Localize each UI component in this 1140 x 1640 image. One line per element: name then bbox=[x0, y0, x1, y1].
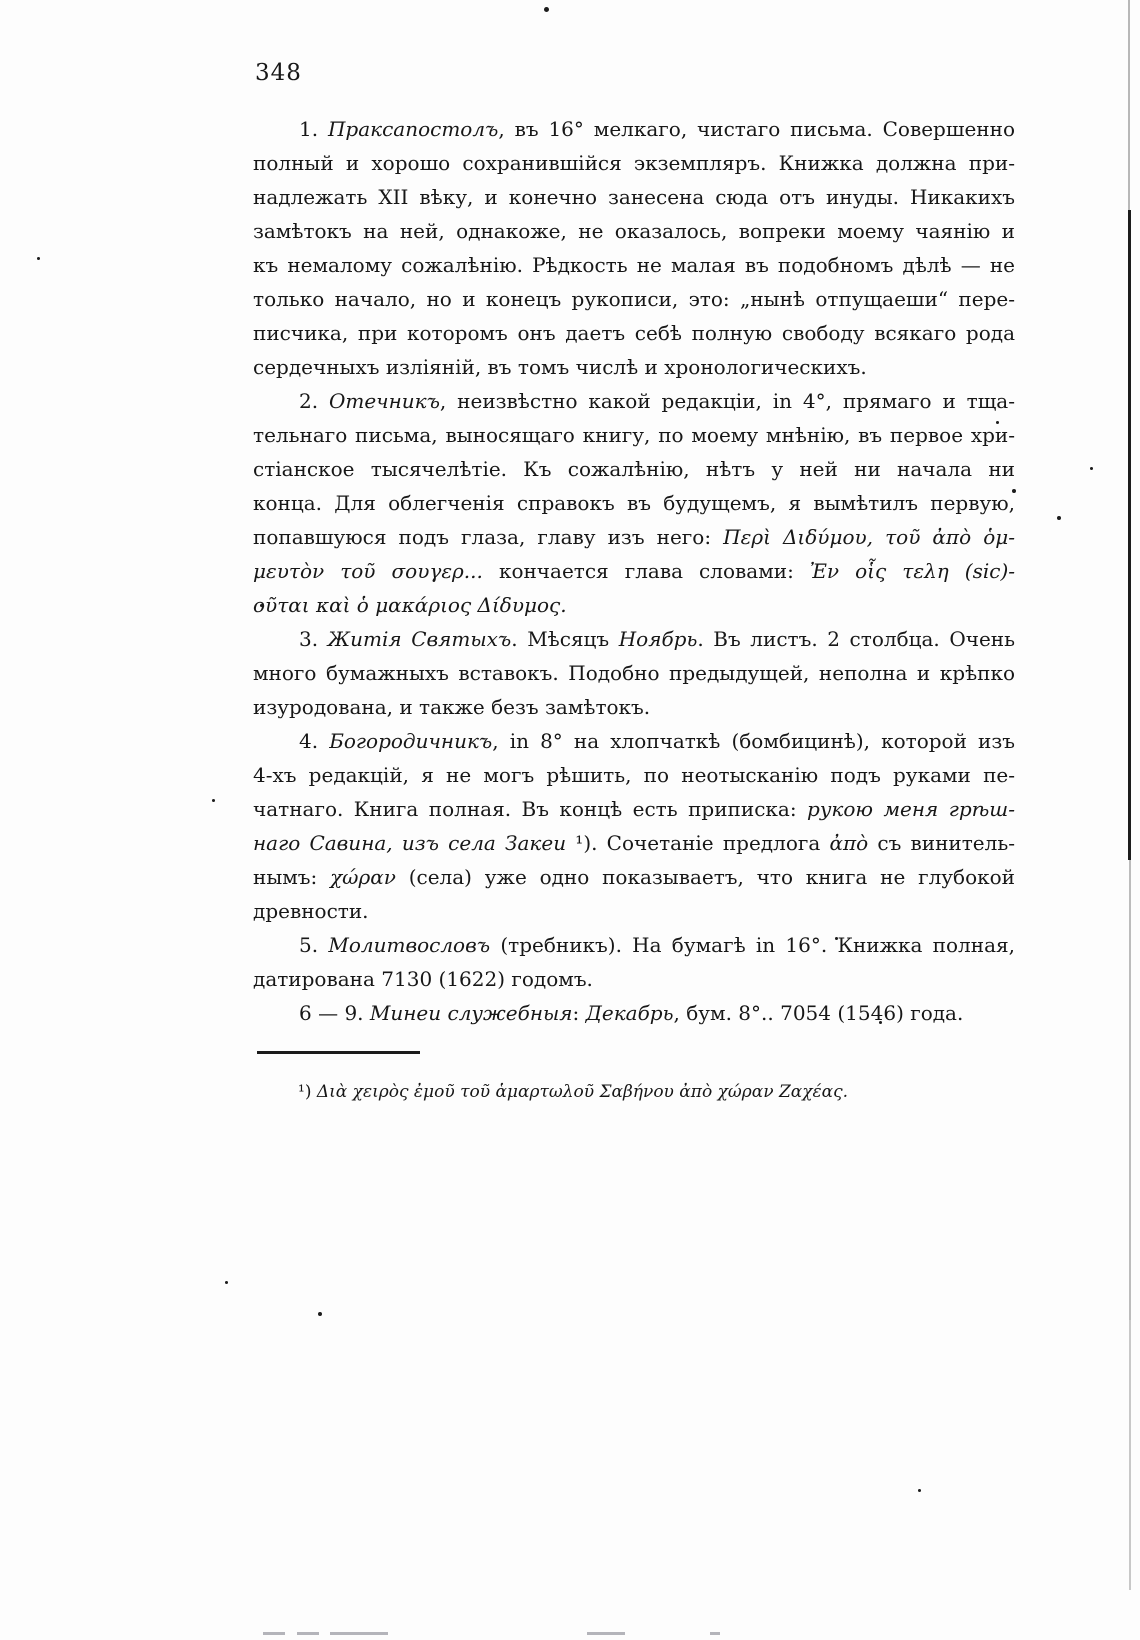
text-segment: 1. bbox=[299, 117, 328, 141]
italic-text: Богородичникъ bbox=[329, 729, 492, 753]
text-segment: тельнаго письма, выносящаго книгу, по мо… bbox=[253, 423, 1015, 447]
text-line: надлежать XII вѣку, и конечно занесена с… bbox=[253, 180, 1015, 214]
text-segment: . Въ листъ. 2 столбца. Очень bbox=[697, 627, 1015, 651]
text-segment: древности. bbox=[253, 899, 369, 923]
text-segment: стіанское тысячелѣтіе. Къ сожалѣнію, нѣт… bbox=[253, 457, 1015, 481]
text-segment: изуродована, и также безъ замѣтокъ. bbox=[253, 695, 650, 719]
text-line: только начало, но и конецъ рукописи, это… bbox=[253, 282, 1015, 316]
scan-speck bbox=[212, 799, 215, 802]
text-segment: къ немалому сожалѣнію. Рѣдкость не малая… bbox=[253, 253, 1015, 277]
scan-speck bbox=[225, 1281, 228, 1284]
page-edge-line bbox=[1129, 860, 1131, 1320]
italic-text: Декабрь bbox=[586, 1001, 674, 1025]
text-line: нымъ: χώραν (села) уже одно показываетъ,… bbox=[253, 860, 1015, 894]
text-segment: писчика, при которомъ онъ даетъ себѣ пол… bbox=[253, 321, 1015, 345]
text-segment: попавшуюся подъ глаза, главу изъ него: bbox=[253, 525, 723, 549]
italic-text: Отечникъ bbox=[329, 389, 440, 413]
paragraph: 6 — 9. Минеи служебныя: Декабрь, бум. 8°… bbox=[253, 996, 1015, 1030]
italic-text: Молитвословъ bbox=[328, 933, 490, 957]
text-line: древности. bbox=[253, 894, 1015, 928]
italic-text: Праксапостолъ bbox=[328, 117, 498, 141]
text-segment: 3. bbox=[299, 627, 328, 651]
greek-text: Ἐν οἷς τελη (sic)- bbox=[810, 559, 1015, 583]
text-line: 4. Богородичникъ, in 8° на хлопчаткѣ (бо… bbox=[253, 724, 1015, 758]
scan-speck bbox=[996, 421, 999, 424]
scan-speck bbox=[918, 1489, 921, 1492]
text-segment: 5. bbox=[299, 933, 328, 957]
text-segment: датирована 7130 (1622) годомъ. bbox=[253, 967, 593, 991]
paragraph: 5. Молитвословъ (требникъ). На бумагѣ in… bbox=[253, 928, 1015, 996]
text-line: 6 — 9. Минеи служебныя: Декабрь, бум. 8°… bbox=[253, 996, 1015, 1030]
scan-speck bbox=[544, 7, 549, 12]
page-edge-line bbox=[1128, 0, 1130, 210]
italic-text: Житія Святыхъ bbox=[328, 627, 512, 651]
page-edge-line bbox=[1129, 1320, 1131, 1590]
text-line: тельнаго письма, выносящаго книгу, по мо… bbox=[253, 418, 1015, 452]
paragraph: 2. Отечникъ, неизвѣстно какой редакціи, … bbox=[253, 384, 1015, 622]
text-segment: 6 — 9. bbox=[299, 1001, 370, 1025]
text-segment: замѣтокъ на ней, однакоже, не оказалось,… bbox=[253, 219, 1015, 243]
italic-text: Минеи служебныя bbox=[370, 1001, 573, 1025]
bleed-mark bbox=[330, 1632, 388, 1635]
bleed-mark bbox=[587, 1632, 625, 1635]
text-line: попавшуюся подъ глаза, главу изъ него: Π… bbox=[253, 520, 1015, 554]
text-line: 5. Молитвословъ (требникъ). На бумагѣ in… bbox=[253, 928, 1015, 962]
text-segment: съ винитель- bbox=[868, 831, 1015, 855]
text-segment: чатнаго. Книга полная. Въ концѣ есть при… bbox=[253, 797, 807, 821]
text-line: μευτὸν τοῦ σουγερ... кончается глава сло… bbox=[253, 554, 1015, 588]
bleed-mark bbox=[710, 1632, 720, 1635]
footnote-rule bbox=[257, 1051, 420, 1054]
paragraph: 1. Праксапостолъ, въ 16° мелкаго, чистаг… bbox=[253, 112, 1015, 384]
italic-text: рукою меня грѣш- bbox=[807, 797, 1015, 821]
page-edge-line bbox=[1128, 210, 1131, 860]
text-line: изуродована, и также безъ замѣтокъ. bbox=[253, 690, 1015, 724]
text-line: къ немалому сожалѣнію. Рѣдкость не малая… bbox=[253, 248, 1015, 282]
bleed-mark bbox=[297, 1632, 319, 1635]
text-segment: много бумажныхъ вставокъ. Подобно предыд… bbox=[253, 661, 1015, 685]
text-segment: , in 8° на хлопчаткѣ (бомбицинѣ), которо… bbox=[492, 729, 1015, 753]
text-segment: (села) уже одно показываетъ, что книга н… bbox=[396, 865, 1015, 889]
text-line: сердечныхъ изліяній, въ томъ числѣ и хро… bbox=[253, 350, 1015, 384]
footnote: ¹) Διὰ χειρὸς ἐμοῦ τοῦ ἁμαρτωλοῦ Σαβήνου… bbox=[298, 1080, 958, 1104]
greek-text: οῦται καὶ ὁ μακάριος Δίδυμος. bbox=[253, 593, 567, 617]
italic-text: Ноябрь bbox=[619, 627, 698, 651]
text-segment: , бум. 8°.. 7054 (1546) года. bbox=[674, 1001, 964, 1025]
text-line: конца. Для облегченія справокъ въ будуще… bbox=[253, 486, 1015, 520]
text-segment: кончается глава словами: bbox=[499, 559, 810, 583]
text-line: полный и хорошо сохранившійся экземпляръ… bbox=[253, 146, 1015, 180]
text-segment: полный и хорошо сохранившійся экземпляръ… bbox=[253, 151, 1015, 175]
text-segment: 2. bbox=[299, 389, 329, 413]
scan-speck bbox=[835, 937, 838, 940]
greek-text: Περὶ Διδύμου, τοῦ ἀπὸ ὁμ- bbox=[723, 525, 1015, 549]
scan-speck bbox=[260, 604, 263, 607]
bleed-mark bbox=[263, 1632, 285, 1635]
greek-text: μευτὸν τοῦ σουγερ... bbox=[253, 559, 499, 583]
text-line: 1. Праксапостолъ, въ 16° мелкаго, чистаг… bbox=[253, 112, 1015, 146]
greek-text: χώραν bbox=[330, 865, 396, 889]
text-segment: : bbox=[573, 1001, 586, 1025]
text-segment: 4. bbox=[299, 729, 329, 753]
paragraph: 4. Богородичникъ, in 8° на хлопчаткѣ (бо… bbox=[253, 724, 1015, 928]
scan-speck bbox=[1057, 516, 1061, 520]
text-line: чатнаго. Книга полная. Въ концѣ есть при… bbox=[253, 792, 1015, 826]
text-line: наго Савина, изъ села Закеи ¹). Сочетані… bbox=[253, 826, 1015, 860]
text-segment: ¹). Сочетаніе предлога bbox=[566, 831, 829, 855]
text-line: замѣтокъ на ней, однакоже, не оказалось,… bbox=[253, 214, 1015, 248]
text-line: 4-хъ редакцій, я не могъ рѣшить, по неот… bbox=[253, 758, 1015, 792]
text-line: стіанское тысячелѣтіе. Къ сожалѣнію, нѣт… bbox=[253, 452, 1015, 486]
text-line: писчика, при которомъ онъ даетъ себѣ пол… bbox=[253, 316, 1015, 350]
text-segment: конца. Для облегченія справокъ въ будуще… bbox=[253, 491, 1015, 515]
text-segment: , неизвѣстно какой редакціи, in 4°, прям… bbox=[440, 389, 1015, 413]
text-line: 3. Житія Святыхъ. Мѣсяцъ Ноябрь. Въ лист… bbox=[253, 622, 1015, 656]
text-segment: , въ 16° мелкаго, чистаго письма. Соверш… bbox=[498, 117, 1015, 141]
paragraph: 3. Житія Святыхъ. Мѣсяцъ Ноябрь. Въ лист… bbox=[253, 622, 1015, 724]
greek-text: ἀπὸ bbox=[829, 831, 868, 855]
text-line: 2. Отечникъ, неизвѣстно какой редакціи, … bbox=[253, 384, 1015, 418]
text-segment: надлежать XII вѣку, и конечно занесена с… bbox=[253, 185, 1015, 209]
text-segment: только начало, но и конецъ рукописи, это… bbox=[253, 287, 1015, 311]
scan-speck bbox=[1012, 489, 1016, 493]
text-line: датирована 7130 (1622) годомъ. bbox=[253, 962, 1015, 996]
scan-speck bbox=[37, 257, 40, 260]
scan-speck bbox=[879, 1021, 882, 1024]
text-segment: сердечныхъ изліяній, въ томъ числѣ и хро… bbox=[253, 355, 867, 379]
text-segment: (требникъ). На бумагѣ in 16°. Книжка пол… bbox=[490, 933, 1015, 957]
footnote-marker: ¹) bbox=[298, 1082, 317, 1102]
text-segment: 4-хъ редакцій, я не могъ рѣшить, по неот… bbox=[253, 763, 1015, 787]
text-segment: нымъ: bbox=[253, 865, 330, 889]
text-segment: . Мѣсяцъ bbox=[511, 627, 618, 651]
footnote-greek-text: Διὰ χειρὸς ἐμοῦ τοῦ ἁμαρτωλοῦ Σαβήνου ἀπ… bbox=[317, 1082, 848, 1102]
scan-speck bbox=[318, 1312, 322, 1316]
text-line: οῦται καὶ ὁ μακάριος Δίδυμος. bbox=[253, 588, 1015, 622]
page-number: 348 bbox=[255, 60, 302, 86]
page-body: 1. Праксапостолъ, въ 16° мелкаго, чистаг… bbox=[253, 112, 1015, 1030]
text-line: много бумажныхъ вставокъ. Подобно предыд… bbox=[253, 656, 1015, 690]
scan-speck bbox=[1090, 467, 1093, 470]
italic-text: наго Савина, изъ села Закеи bbox=[253, 831, 566, 855]
